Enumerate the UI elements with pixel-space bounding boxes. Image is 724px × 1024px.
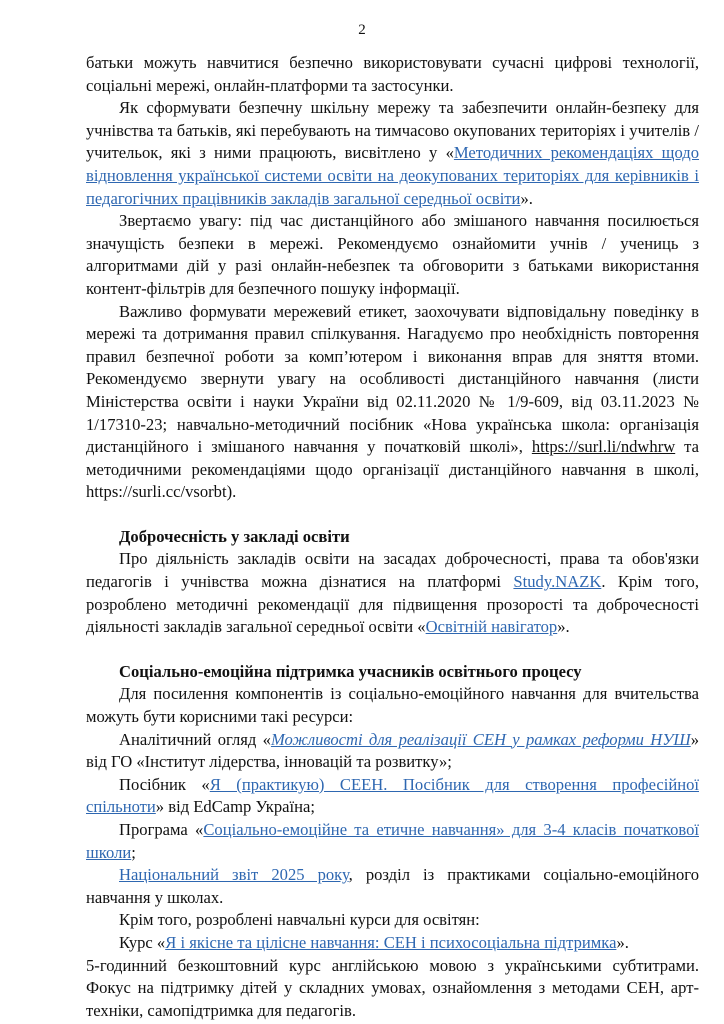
heading-integrity: Доброчесність у закладі освіти xyxy=(86,526,699,549)
paragraph-continuation: батьки можуть навчитися безпечно викорис… xyxy=(86,52,699,97)
paragraph-distance-learning: Звертаємо увагу: під час дистанційного а… xyxy=(86,210,699,300)
link-study-nazk[interactable]: Study.NAZK xyxy=(513,572,601,591)
course-item: Курс «Я і якісне та цілісне навчання: СЕ… xyxy=(86,932,699,955)
resource-item: Програма «Соціально-емоційне та етичне н… xyxy=(86,819,699,864)
document-body: батьки можуть навчитися безпечно викорис… xyxy=(86,52,699,1022)
resource-item: Посібник «Я (практикую) СЕЕН. Посібник д… xyxy=(86,774,699,819)
paragraph-sel-intro: Для посилення компонентів із соціально-е… xyxy=(86,683,699,728)
resource-item: Національний звіт 2025 року, розділ із п… xyxy=(86,864,699,909)
link-surl-ndwhrw[interactable]: https://surl.li/ndwhrw xyxy=(532,437,675,456)
paragraph-courses-intro: Крім того, розроблені навчальні курси дл… xyxy=(86,909,699,932)
paragraph-netiquette: Важливо формувати мережевий етикет, заох… xyxy=(86,301,699,504)
link-osvitniy-navigator[interactable]: Освітній навігатор xyxy=(426,617,558,636)
link-sel-review[interactable]: Можливості для реалізації СЕН у рамках р… xyxy=(271,730,691,749)
resource-item: Аналітичний огляд «Можливості для реаліз… xyxy=(86,729,699,774)
heading-sel-support: Соціально-емоційна підтримка учасників о… xyxy=(86,661,699,684)
link-course-sel[interactable]: Я і якісне та цілісне навчання: СЕН і пс… xyxy=(165,933,616,952)
paragraph-safe-network: Як сформувати безпечну шкільну мережу та… xyxy=(86,97,699,210)
paragraph-integrity: Про діяльність закладів освіти на засада… xyxy=(86,548,699,638)
paragraph-course-description: 5-годинний безкоштовний курс англійською… xyxy=(86,955,699,1023)
link-national-report-2025[interactable]: Національний звіт 2025 року xyxy=(119,865,349,884)
page-number: 2 xyxy=(0,22,724,39)
